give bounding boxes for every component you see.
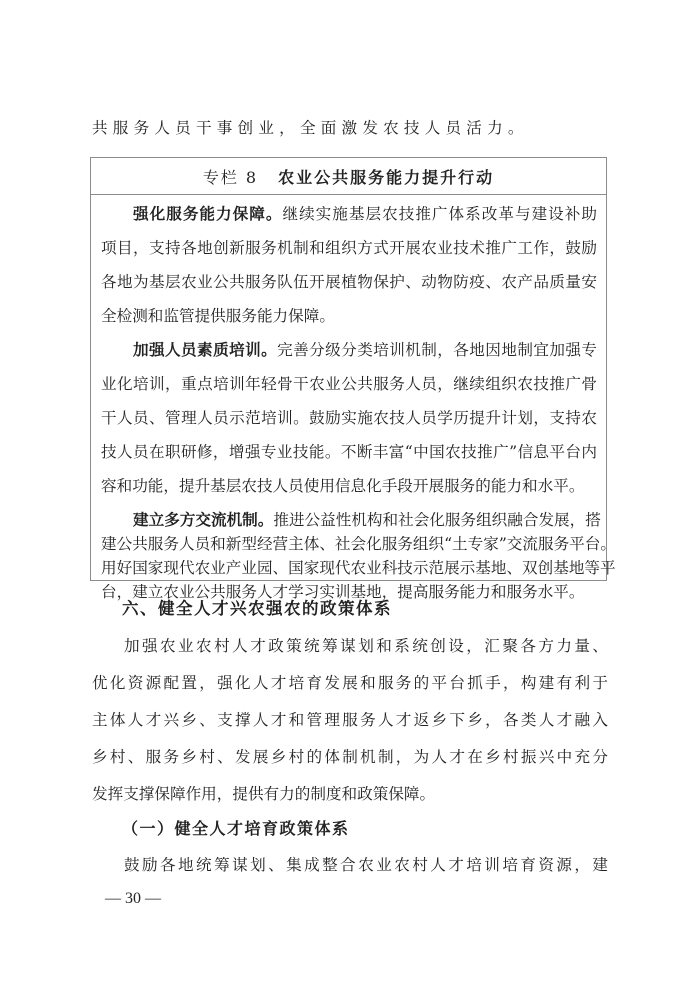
- box-line: 建公共服务人员和新型经营主体、社会化服务组织“土专家”交流服务平台。: [101, 534, 597, 554]
- box-line: 项目，支持各地创新服务机制和组织方式开展农业技术推广工作，鼓励: [101, 238, 597, 258]
- paragraph-lead: 建立多方交流机制。: [133, 511, 273, 529]
- column-label: 专栏 8: [203, 165, 258, 188]
- column-box-header: 专栏 8 农业公共服务能力提升行动: [91, 158, 606, 195]
- box-line: 建立多方交流机制。推进公益性机构和社会化服务组织融合发展，搭: [101, 510, 597, 530]
- page-number: — 30 —: [105, 890, 161, 908]
- section-heading: 六、健全人才兴农强农的政策体系: [122, 598, 392, 620]
- column-box: 专栏 8 农业公共服务能力提升行动 强化服务能力保障。继续实施基层农技推广体系改…: [90, 157, 607, 581]
- box-line: 加强人员素质培训。完善分级分类培训机制，各地因地制宜加强专: [101, 340, 597, 360]
- box-line: 容和功能，提升基层农技人员使用信息化手段开展服务的能力和水平。: [101, 476, 597, 496]
- body-line: 乡村、服务乡村、发展乡村的体制机制，为人才在乡村振兴中充分: [92, 747, 608, 767]
- continued-paragraph-line: 共服务人员干事创业，全面激发农技人员活力。: [92, 118, 529, 138]
- box-line: 全检测和监管提供服务能力保障。: [101, 306, 597, 326]
- box-line: 用好国家现代农业产业园、国家现代农业科技示范展示基地、双创基地等平: [101, 558, 597, 578]
- box-line: 干人员、管理人员示范培训。鼓励实施农技人员学历提升计划，支持农: [101, 408, 597, 428]
- box-line: 各地为基层农业公共服务队伍开展植物保护、动物防疫、农产品质量安: [101, 272, 597, 292]
- line-text: 完善分级分类培训机制，各地因地制宜加强专: [277, 341, 597, 359]
- line-text: 继续实施基层农技推广体系改革与建设补助: [282, 205, 597, 223]
- column-title: 农业公共服务能力提升行动: [278, 165, 494, 188]
- body-line: 加强农业农村人才政策统筹谋划和系统创设，汇聚各方力量、: [92, 636, 608, 656]
- body-line: 发挥支撑保障作用，提供有力的制度和政策保障。: [92, 784, 608, 804]
- box-line: 强化服务能力保障。继续实施基层农技推广体系改革与建设补助: [101, 204, 597, 224]
- paragraph-lead: 强化服务能力保障。: [133, 205, 282, 223]
- line-text: 推进公益性机构和社会化服务组织融合发展，搭: [273, 511, 600, 529]
- subsection-heading: （一）健全人才培育政策体系: [122, 818, 350, 840]
- body-line: 优化资源配置，强化人才培育发展和服务的平台抓手，构建有利于: [92, 673, 608, 693]
- body-line: 主体人才兴乡、支撑人才和管理服务人才返乡下乡，各类人才融入: [92, 710, 608, 730]
- box-line: 业化培训，重点培训年轻骨干农业公共服务人员，继续组织农技推广骨: [101, 374, 597, 394]
- paragraph-lead: 加强人员素质培训。: [133, 341, 277, 359]
- box-line: 技人员在职研修，增强专业技能。不断丰富“中国农技推广”信息平台内: [101, 442, 597, 462]
- body-line: 鼓励各地统筹谋划、集成整合农业农村人才培训培育资源，建: [92, 855, 608, 875]
